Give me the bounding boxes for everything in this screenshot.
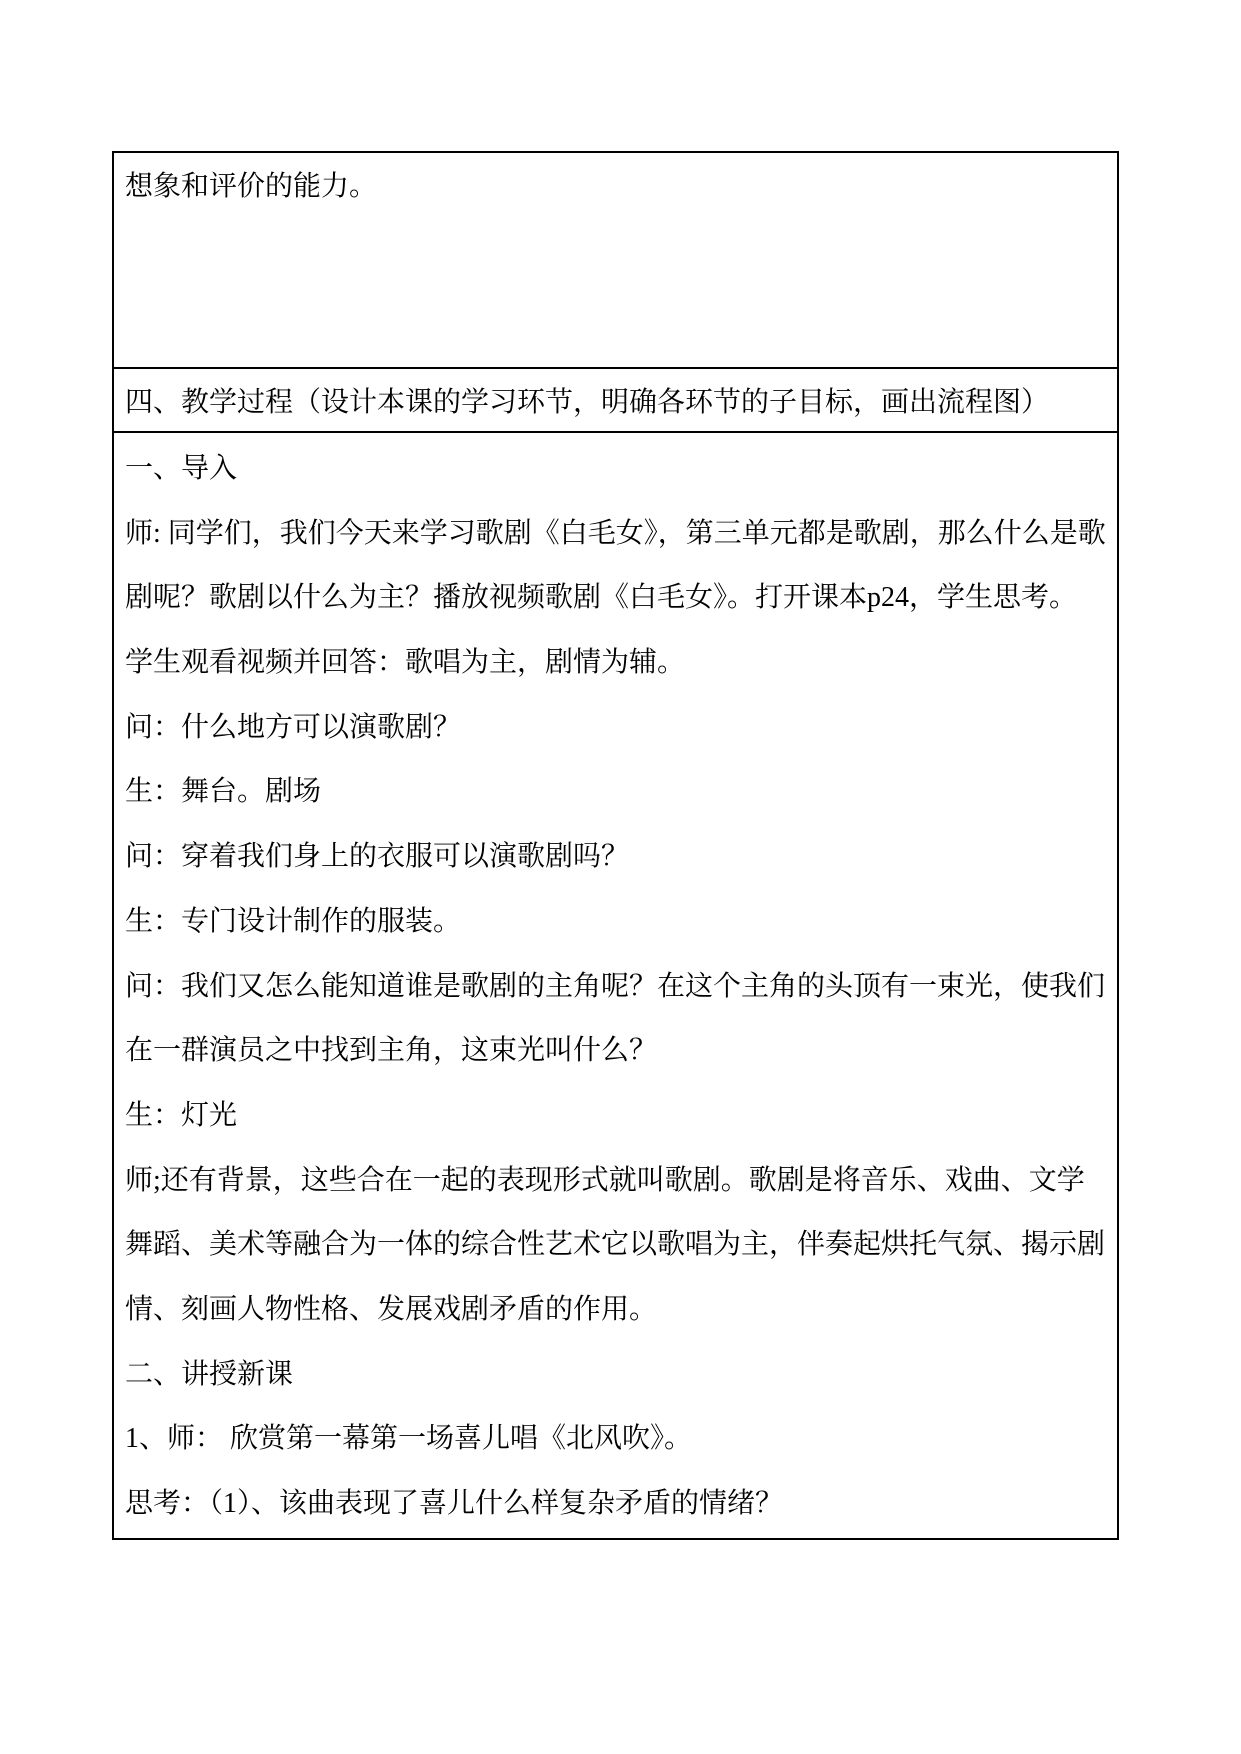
process-line: 舞蹈、美术等融合为一体的综合性艺术它以歌唱为主，伴奏起烘托气氛、揭示剧 [125, 1213, 1117, 1278]
process-line: 二、讲授新课 [125, 1343, 1117, 1408]
process-line: 问：什么地方可以演歌剧？ [125, 696, 1117, 761]
teaching-process-header-text: 四、教学过程（设计本课的学习环节，明确各环节的子目标，画出流程图） [125, 380, 1049, 420]
objectives-text: 想象和评价的能力。 [125, 171, 377, 202]
process-line: 问：我们又怎么能知道谁是歌剧的主角呢？在这个主角的头顶有一束光，使我们 [125, 955, 1117, 1020]
process-line: 问：穿着我们身上的衣服可以演歌剧吗？ [125, 825, 1117, 890]
process-line: 思考：（1）、该曲表现了喜儿什么样复杂矛盾的情绪？ [125, 1472, 1117, 1537]
process-line: 剧呢？歌剧以什么为主？播放视频歌剧《白毛女》。打开课本p24，学生思考。 [125, 566, 1117, 631]
process-line: 生：舞台。剧场 [125, 760, 1117, 825]
process-line: 师: 同学们，我们今天来学习歌剧《白毛女》，第三单元都是歌剧，那么什么是歌 [125, 502, 1117, 567]
process-line: 情、刻画人物性格、发展戏剧矛盾的作用。 [125, 1278, 1117, 1343]
teaching-process-cell: 一、导入 师: 同学们，我们今天来学习歌剧《白毛女》，第三单元都是歌剧，那么什么… [114, 433, 1117, 1538]
objectives-cell: 想象和评价的能力。 [114, 153, 1117, 367]
document-page: 想象和评价的能力。 四、教学过程（设计本课的学习环节，明确各环节的子目标，画出流… [0, 0, 1241, 1754]
process-line: 学生观看视频并回答：歌唱为主，剧情为辅。 [125, 631, 1117, 696]
process-line: 1、师： 欣赏第一幕第一场喜儿唱《北风吹》。 [125, 1407, 1117, 1472]
lesson-plan-table: 想象和评价的能力。 四、教学过程（设计本课的学习环节，明确各环节的子目标，画出流… [112, 151, 1119, 1540]
process-line: 生：专门设计制作的服装。 [125, 890, 1117, 955]
process-line: 一、导入 [125, 437, 1117, 502]
teaching-process-header-cell: 四、教学过程（设计本课的学习环节，明确各环节的子目标，画出流程图） [114, 367, 1117, 433]
process-line: 师;还有背景，这些合在一起的表现形式就叫歌剧。歌剧是将音乐、戏曲、文学 [125, 1149, 1117, 1214]
process-line: 生：灯光 [125, 1084, 1117, 1149]
process-line: 在一群演员之中找到主角，这束光叫什么？ [125, 1019, 1117, 1084]
